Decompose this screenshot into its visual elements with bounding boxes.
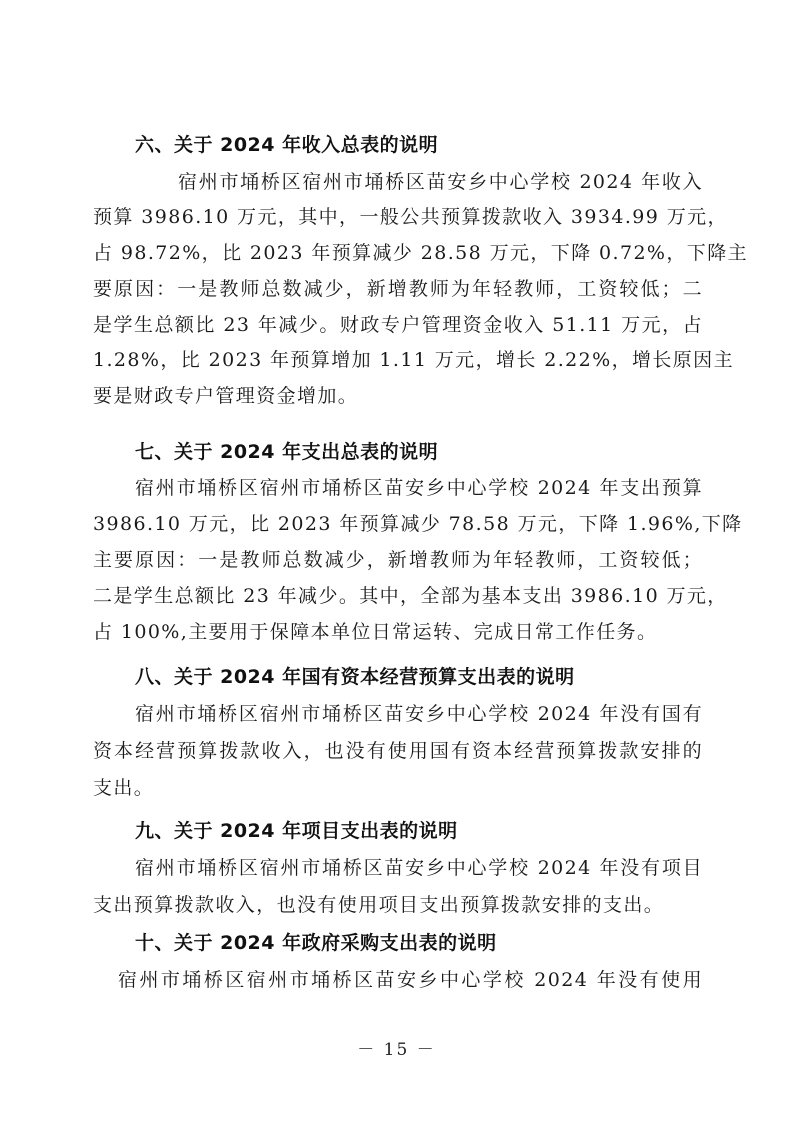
section-heading-7: 七、关于 2024 年支出总表的说明 — [135, 435, 703, 469]
page-number: － 15 － — [0, 1035, 793, 1060]
paragraph-line: 宿州市埇桥区宿州市埇桥区苗安乡中心学校 2024 年没有国有 — [135, 697, 703, 731]
paragraph-line: 二是学生总额比 23 年减少。其中，全部为基本支出 3986.10 万元， — [93, 579, 703, 613]
paragraph-line: 占 98.72%，比 2023 年预算减少 28.58 万元，下降 0.72%，… — [93, 236, 703, 270]
section-heading-10: 十、关于 2024 年政府采购支出表的说明 — [135, 926, 703, 960]
document-page: 六、关于 2024 年收入总表的说明 宿州市埇桥区宿州市埇桥区苗安乡中心学校 2… — [0, 0, 793, 1122]
paragraph-line: 预算 3986.10 万元，其中，一般公共预算拨款收入 3934.99 万元， — [93, 200, 703, 234]
paragraph-line: 支出预算拨款收入，也没有使用项目支出预算拨款安排的支出。 — [93, 888, 703, 922]
paragraph-line: 宿州市埇桥区宿州市埇桥区苗安乡中心学校 2024 年没有使用 — [118, 963, 703, 997]
paragraph-line: 资本经营预算拨款收入，也没有使用国有资本经营预算拨款安排的 — [93, 734, 703, 768]
paragraph-line: 主要原因：一是教师总数减少，新增教师为年轻教师，工资较低； — [93, 543, 703, 577]
section-heading-8: 八、关于 2024 年国有资本经营预算支出表的说明 — [135, 660, 703, 694]
paragraph-line: 支出。 — [93, 771, 703, 805]
paragraph-line: 宿州市埇桥区宿州市埇桥区苗安乡中心学校 2024 年没有项目 — [135, 851, 703, 885]
paragraph-line: 占 100%,主要用于保障本单位日常运转、完成日常工作任务。 — [93, 615, 703, 649]
paragraph-line: 要原因：一是教师总数减少，新增教师为年轻教师，工资较低；二 — [93, 272, 703, 306]
paragraph-line: 要是财政专户管理资金增加。 — [93, 379, 703, 413]
paragraph-line: 是学生总额比 23 年减少。财政专户管理资金收入 51.11 万元，占 — [93, 308, 703, 342]
paragraph-line: 3986.10 万元，比 2023 年预算减少 78.58 万元，下降 1.96… — [93, 507, 703, 541]
paragraph-line: 宿州市埇桥区宿州市埇桥区苗安乡中心学校 2024 年支出预算 — [135, 471, 703, 505]
section-heading-9: 九、关于 2024 年项目支出表的说明 — [135, 814, 703, 848]
paragraph-line: 宿州市埇桥区宿州市埇桥区苗安乡中心学校 2024 年收入 — [178, 165, 703, 199]
section-heading-6: 六、关于 2024 年收入总表的说明 — [135, 128, 703, 162]
paragraph-line: 1.28%，比 2023 年预算增加 1.11 万元，增长 2.22%，增长原因… — [93, 343, 703, 377]
